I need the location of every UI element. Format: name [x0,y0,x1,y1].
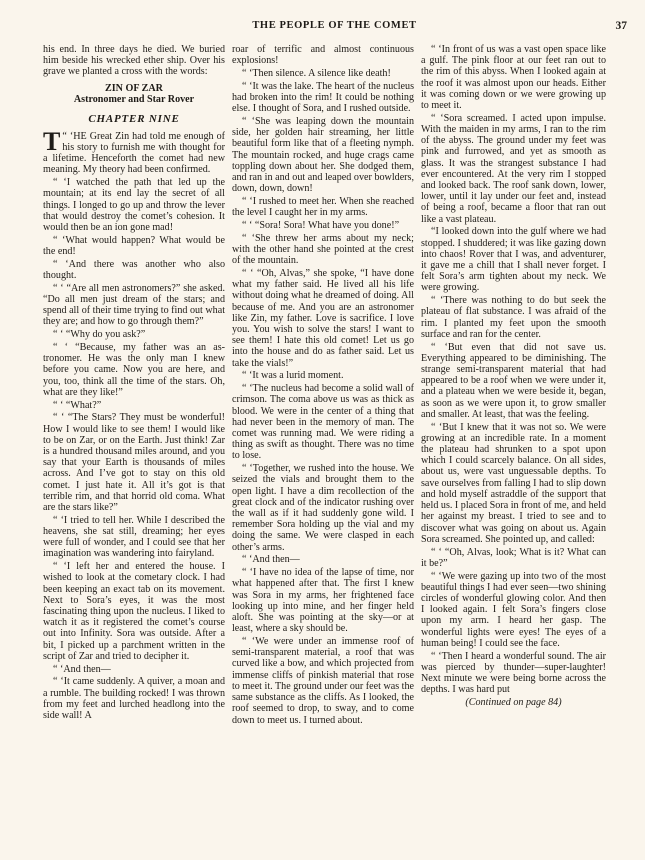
inscription-name: ZIN OF ZAR [43,83,225,95]
paragraph: roar of terrific and almost continuous e… [232,44,414,66]
paragraph: his end. In three days he died. We burie… [43,44,225,78]
paragraph: “ ‘What would happen? What would be the … [43,235,225,257]
page-header: THE PEOPLE OF THE COMET 37 [42,20,627,34]
paragraph: “ ‘ “Are all men astronomers?” she asked… [43,283,225,328]
running-title: THE PEOPLE OF THE COMET [42,20,627,31]
paragraph: “ ‘We were under an immense roof of semi… [232,636,414,726]
paragraph: “ ‘ “Oh, Alvas, look; What is it? What c… [421,547,606,569]
paragraph: “ ‘We were gazing up into two of the mos… [421,571,606,649]
chapter-heading: CHAPTER NINE [43,114,225,125]
paragraph: “ ‘It was a lurid moment. [232,370,414,381]
paragraph: “ ‘And then— [232,554,414,565]
paragraph: “ ‘Together, we rushed into the house. W… [232,463,414,553]
paragraph: “ ‘Then I heard a wonderful sound. The a… [421,651,606,696]
paragraph: “ ‘ “What?” [43,400,225,411]
text-column-3: “ ‘In front of us was a vast open space … [421,44,606,709]
inscription-title: Astronomer and Star Rover [43,94,225,106]
paragraph: “ ‘ “Why do you ask?” [43,329,225,340]
paragraph: “ ‘I rushed to meet her. When she reache… [232,196,414,218]
paragraph: “ ‘I watched the path that led up the mo… [43,177,225,233]
paragraph: “ ‘ “Sora! Sora! What have you done!” [232,220,414,231]
text-column-1: his end. In three days he died. We burie… [43,44,225,723]
paragraph: “ ‘In front of us was a vast open space … [421,44,606,111]
paragraph: “ ‘It came suddenly. A quiver, a moan an… [43,676,225,721]
paragraph: “ ‘The nucleus had become a solid wall o… [232,383,414,461]
opening-quote: “ ‘ [62,131,73,142]
paragraph: “ ‘ “Oh, Alvas,” she spoke, “I have done… [232,268,414,369]
paragraph: “ ‘I left her and entered the house. I w… [43,561,225,662]
paragraph: “ ‘I have no idea of the lapse of time, … [232,567,414,634]
paragraph: “ ‘It was the lake. The heart of the nuc… [232,81,414,115]
paragraph: “ ‘But even that did not save us. Everyt… [421,342,606,420]
paragraph: “ ‘There was nothing to do but seek the … [421,295,606,340]
drop-cap: T [43,132,60,152]
paragraph: “I looked down into the gulf where we ha… [421,226,606,293]
paragraph: “ ‘Sora screamed. I acted upon im­pulse.… [421,113,606,225]
paragraph: “ ‘ “Because, my father was an as­tronom… [43,342,225,398]
paragraph: “ ‘And there was another who also though… [43,259,225,281]
page-number: 37 [616,20,628,32]
text-column-2: roar of terrific and almost continuous e… [232,44,414,727]
paragraph-dropcap: “ ‘THE Great Zin had told me enough of h… [43,131,225,176]
continued-note: (Continued on page 84) [421,697,606,708]
paragraph: “ ‘She was leaping down the moun­tain si… [232,116,414,194]
paragraph: “ ‘She threw her arms about my neck; wit… [232,233,414,267]
paragraph: “ ‘And then— [43,664,225,675]
paragraph: “ ‘I tried to tell her. While I de­scrib… [43,515,225,560]
grave-inscription: ZIN OF ZAR Astronomer and Star Rover [43,83,225,106]
paragraph: “ ‘Then silence. A silence like death! [232,68,414,79]
paragraph: “ ‘ “The Stars? They must be won­derful!… [43,412,225,513]
paragraph: “ ‘But I knew that it was not so. We wer… [421,422,606,545]
